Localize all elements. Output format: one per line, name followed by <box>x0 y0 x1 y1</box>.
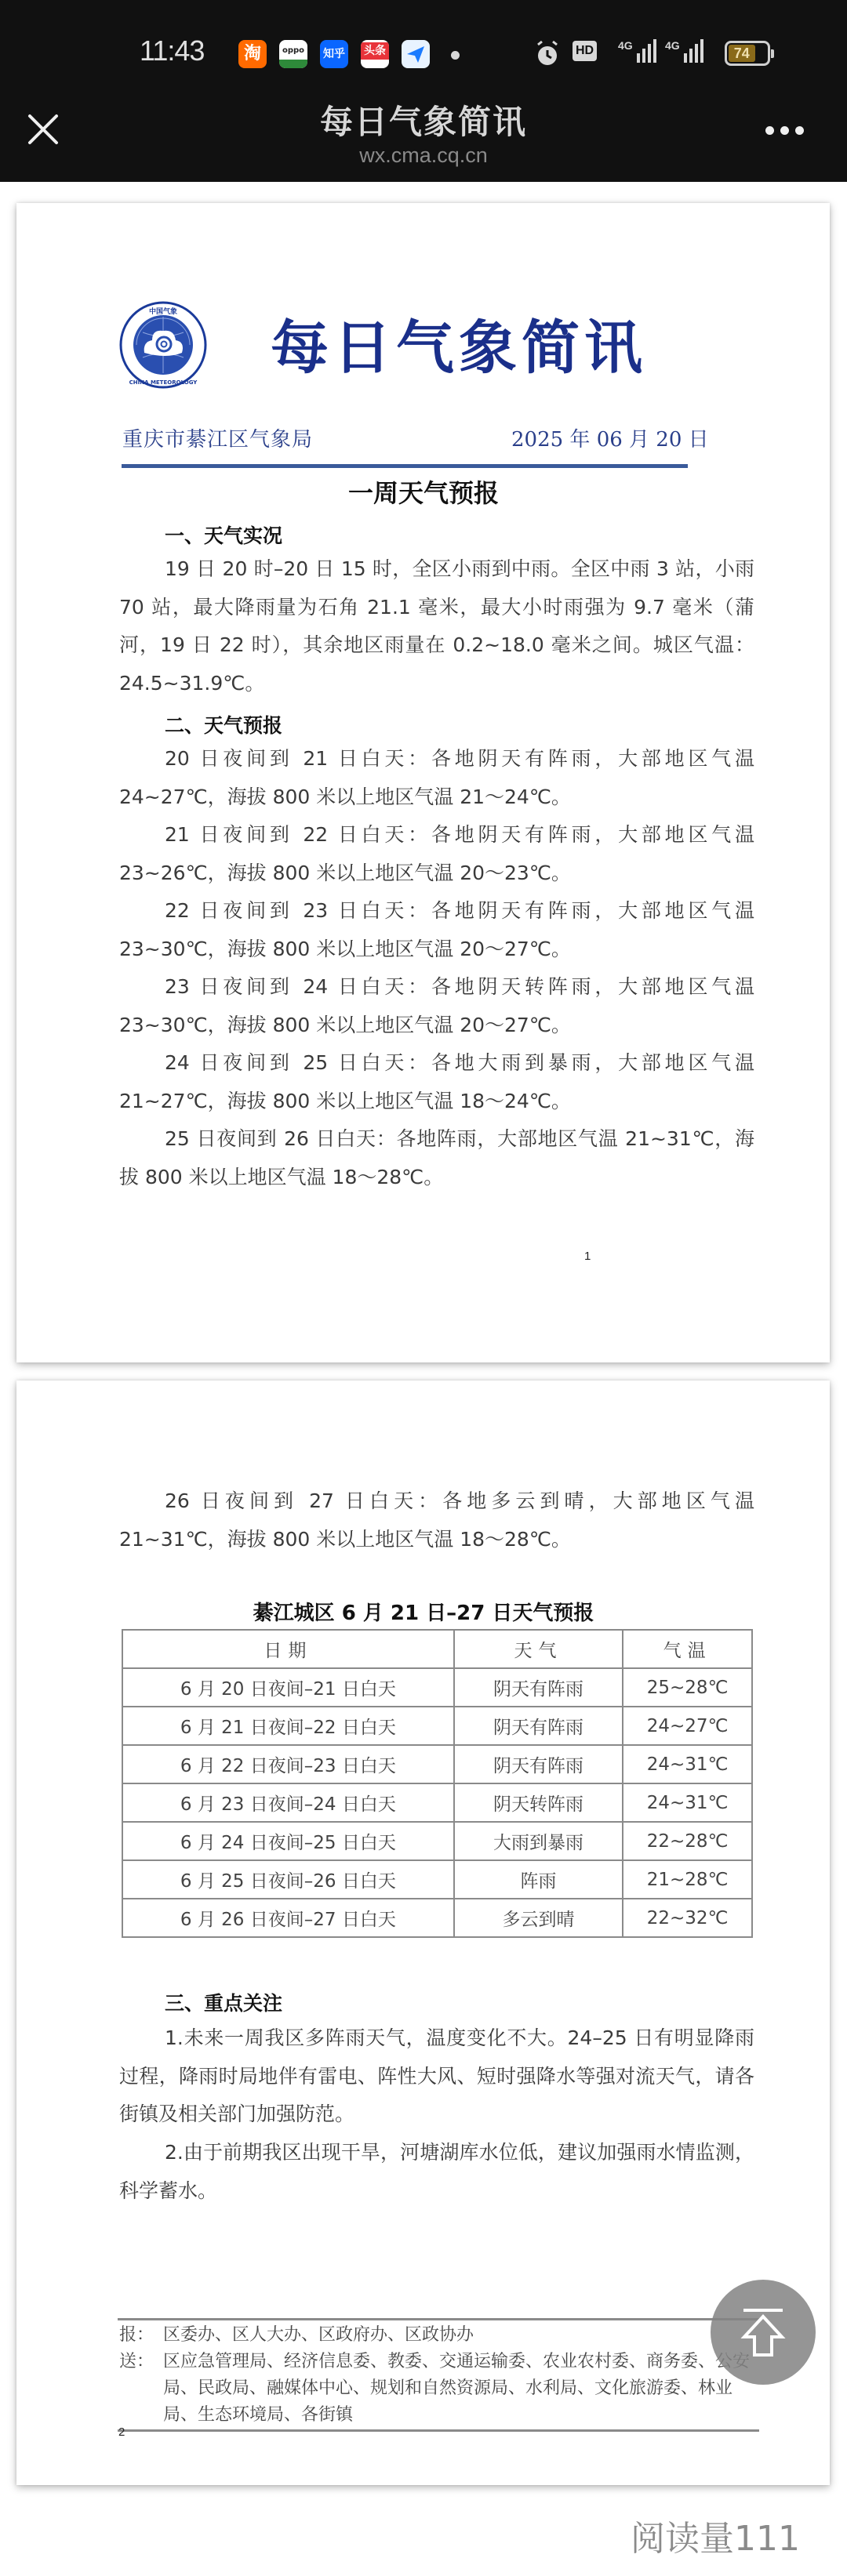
taobao-app-icon: 淘 <box>238 40 267 68</box>
cell-weather: 阴天有阵雨 <box>454 1668 623 1707</box>
toutiao-app-label: 头条 <box>361 42 389 60</box>
paragraph-forecast-day2: 21 日夜间到 22 日白天：各地阴天有阵雨，大部地区气温 23~26℃，海拔 … <box>119 816 754 892</box>
alarm-icon <box>535 40 560 68</box>
send-recipients: 区应急管理局、经济信息委、教委、交通运输委、农业农村委、商务委、公安局、民政局、… <box>163 2349 759 2429</box>
cell-weather: 阴天有阵雨 <box>454 1745 623 1783</box>
distribution-top-rule <box>118 2318 759 2320</box>
battery-level: 74 <box>729 45 755 62</box>
distribution-bottom-rule <box>118 2429 759 2432</box>
cell-weather: 大雨到暴雨 <box>454 1822 623 1860</box>
cell-date: 6 月 21 日夜间–22 日白天 <box>122 1707 454 1745</box>
masthead-title: 每日气象简讯 <box>271 302 647 385</box>
send-label: 送： <box>119 2349 154 2375</box>
back-to-top-icon <box>711 2280 816 2385</box>
paragraph-forecast-day4: 23 日夜间到 24 日白天：各地阴天转阵雨，大部地区气温 23~30℃，海拔 … <box>119 968 754 1044</box>
section-heading-forecast: 二、天气预报 <box>165 710 282 738</box>
cell-date: 6 月 24 日夜间–25 日白天 <box>122 1822 454 1860</box>
paragraph-concern-2: 2.由于前期我区出现干旱，河塘湖库水位低，建议加强雨水情监测，科学蓄水。 <box>119 2134 754 2210</box>
cell-weather: 阴天转阵雨 <box>454 1783 623 1822</box>
more-icon-dot <box>765 126 774 135</box>
top-bar: 11:43 淘 oppo 知乎 头条 HD 4G 4G 74 每日气象简讯 wx… <box>0 0 847 182</box>
section-heading-observations: 一、天气实况 <box>165 521 282 549</box>
section-heading-key-concerns: 三、重点关注 <box>165 1988 282 2016</box>
zhihu-app-icon: 知乎 <box>320 40 348 68</box>
table-row: 6 月 21 日夜间–22 日白天 阴天有阵雨 24~27℃ <box>122 1707 752 1745</box>
issuing-organization: 重庆市綦江区气象局 <box>122 423 313 452</box>
network-2-label: 4G <box>665 39 680 52</box>
table-row: 6 月 26 日夜间–27 日白天 多云到晴 22~32℃ <box>122 1899 752 1937</box>
cell-date: 6 月 23 日夜间–24 日白天 <box>122 1783 454 1822</box>
signal-bars-icon <box>637 39 657 63</box>
cell-temperature: 24~31℃ <box>623 1745 752 1783</box>
nav-title: 每日气象简讯 <box>0 96 847 143</box>
header-weather: 天气 <box>454 1630 623 1668</box>
cell-temperature: 22~28℃ <box>623 1822 752 1860</box>
report-recipients: 区委办、区人大办、区政府办、区政协办 <box>163 2322 759 2349</box>
table-row: 6 月 25 日夜间–26 日白天 阵雨 21~28℃ <box>122 1860 752 1899</box>
issue-date: 2025 年 06 月 20 日 <box>511 423 709 452</box>
svg-text:中国气象: 中国气象 <box>149 307 177 316</box>
report-label: 报： <box>119 2322 154 2349</box>
signal-bars-icon <box>684 39 704 63</box>
oppo-app-icon: oppo <box>279 40 307 68</box>
oppo-app-label: oppo <box>282 47 304 55</box>
cell-temperature: 24~27℃ <box>623 1707 752 1745</box>
cell-date: 6 月 26 日夜间–27 日白天 <box>122 1899 454 1937</box>
cell-temperature: 24~31℃ <box>623 1783 752 1822</box>
china-meteorology-logo: 中国气象 CHINA METEOROLOGY <box>119 301 207 389</box>
more-icon-dot <box>780 126 789 135</box>
header-date: 日期 <box>122 1630 454 1668</box>
page-number-2: 2 <box>118 2425 125 2439</box>
forecast-table: 日期 天气 气温 6 月 20 日夜间–21 日白天 阴天有阵雨 25~28℃ … <box>122 1629 753 1938</box>
cell-weather: 阵雨 <box>454 1860 623 1899</box>
cell-weather: 多云到晴 <box>454 1899 623 1937</box>
table-header-row: 日期 天气 气温 <box>122 1630 752 1668</box>
cell-temperature: 21~28℃ <box>623 1860 752 1899</box>
table-title: 綦江城区 6 月 21 日–27 日天气预报 <box>0 1597 847 1626</box>
header-temperature: 气温 <box>623 1630 752 1668</box>
read-count: 阅读量111 <box>631 2510 800 2560</box>
nav-url: wx.cma.cq.cn <box>0 143 847 168</box>
cell-temperature: 22~32℃ <box>623 1899 752 1937</box>
paragraph-forecast-day5: 24 日夜间到 25 日白天：各地大雨到暴雨，大部地区气温 21~27℃，海拔 … <box>119 1044 754 1120</box>
paragraph-observations: 19 日 20 时–20 日 15 时，全区小雨到中雨。全区中雨 3 站，小雨 … <box>119 550 754 702</box>
cell-weather: 阴天有阵雨 <box>454 1707 623 1745</box>
cell-temperature: 25~28℃ <box>623 1668 752 1707</box>
paragraph-concern-1: 1.未来一周我区多阵雨天气，温度变化不大。24–25 日有明显降雨过程，降雨时局… <box>119 2019 754 2134</box>
notification-dot <box>451 51 460 60</box>
signal-1-icon: 4G <box>618 39 657 63</box>
maps-app-icon <box>402 40 430 68</box>
masthead-divider <box>122 464 688 468</box>
more-button[interactable] <box>765 122 812 138</box>
paragraph-forecast-day3: 22 日夜间到 23 日白天：各地阴天有阵雨，大部地区气温 23~30℃，海拔 … <box>119 892 754 968</box>
back-to-top-button[interactable] <box>711 2280 816 2385</box>
battery-tip <box>771 49 774 58</box>
cell-date: 6 月 20 日夜间–21 日白天 <box>122 1668 454 1707</box>
paragraph-forecast-day7: 26 日夜间到 27 日白天：各地多云到晴，大部地区气温 21~31℃，海拔 8… <box>119 1482 754 1558</box>
svg-text:CHINA METEOROLOGY: CHINA METEOROLOGY <box>129 379 198 386</box>
table-row: 6 月 20 日夜间–21 日白天 阴天有阵雨 25~28℃ <box>122 1668 752 1707</box>
status-time: 11:43 <box>140 34 204 67</box>
table-row: 6 月 22 日夜间–23 日白天 阴天有阵雨 24~31℃ <box>122 1745 752 1783</box>
battery-indicator: 74 <box>725 41 770 66</box>
signal-2-icon: 4G <box>665 39 704 63</box>
oppo-app-band <box>279 60 307 68</box>
network-1-label: 4G <box>618 39 633 52</box>
table-row: 6 月 23 日夜间–24 日白天 阴天转阵雨 24~31℃ <box>122 1783 752 1822</box>
paragraph-forecast-day6: 25 日夜间到 26 日白天：各地阵雨，大部地区气温 21~31℃，海拔 800… <box>119 1120 754 1196</box>
cell-date: 6 月 25 日夜间–26 日白天 <box>122 1860 454 1899</box>
document-title: 一周天气预报 <box>0 473 847 510</box>
cell-date: 6 月 22 日夜间–23 日白天 <box>122 1745 454 1783</box>
hd-icon: HD <box>573 41 597 61</box>
table-row: 6 月 24 日夜间–25 日白天 大雨到暴雨 22~28℃ <box>122 1822 752 1860</box>
page-number-1: 1 <box>584 1250 591 1263</box>
paper-plane-icon <box>405 44 426 64</box>
toutiao-app-icon: 头条 <box>361 40 389 68</box>
more-icon-dot <box>795 126 804 135</box>
paragraph-forecast-day1: 20 日夜间到 21 日白天：各地阴天有阵雨，大部地区气温 24~27℃，海拔 … <box>119 740 754 816</box>
